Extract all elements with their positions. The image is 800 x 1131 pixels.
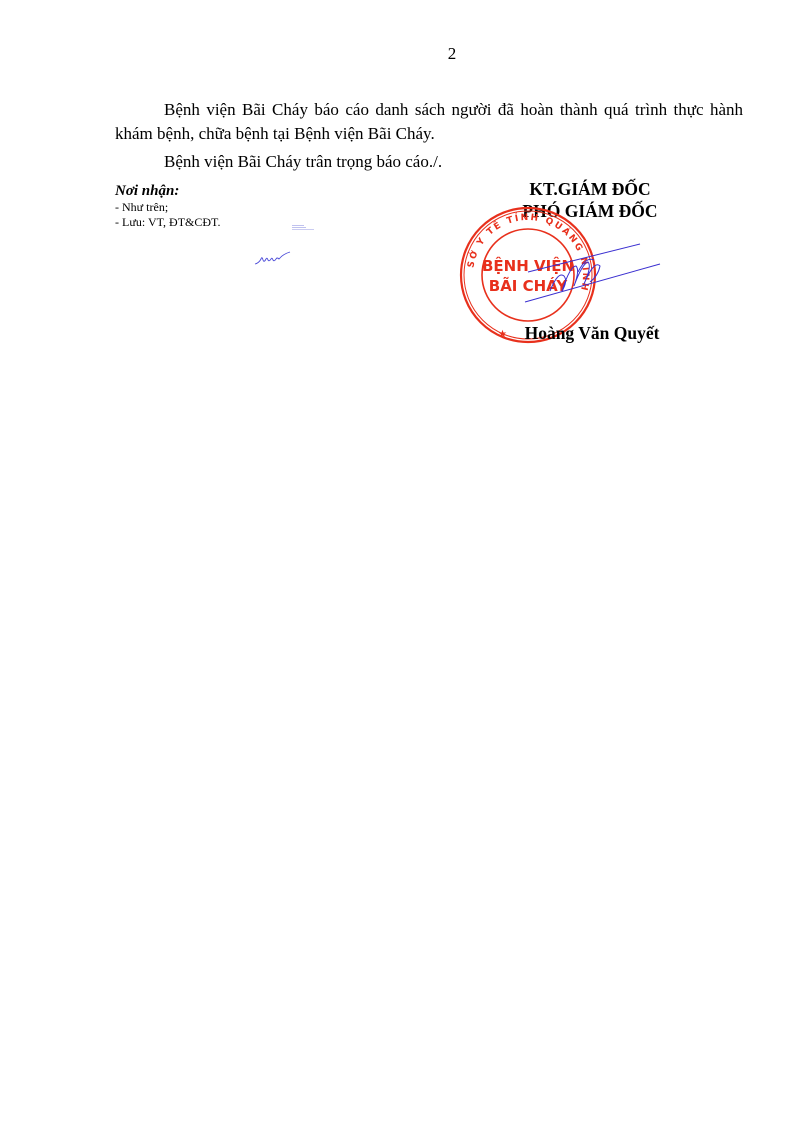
initial-mark-icon xyxy=(292,224,314,232)
handwritten-signature-icon xyxy=(520,236,670,306)
page-number: 2 xyxy=(52,44,800,64)
closing-paragraph: Bệnh viện Bãi Cháy trân trọng báo cáo./. xyxy=(115,150,743,174)
svg-text:★: ★ xyxy=(498,329,507,340)
initial-signature-icon xyxy=(253,249,291,267)
recipients-heading: Nơi nhận: xyxy=(115,182,221,200)
recipient-item: - Lưu: VT, ĐT&CĐT. xyxy=(115,215,221,230)
signer-name: Hoàng Văn Quyết xyxy=(512,322,672,344)
recipient-item: - Như trên; xyxy=(115,200,221,215)
report-paragraph: Bệnh viện Bãi Cháy báo cáo danh sách ngư… xyxy=(115,98,743,146)
recipients-block: Nơi nhận: - Như trên; - Lưu: VT, ĐT&CĐT. xyxy=(115,182,221,230)
signature-title-line1: KT.GIÁM ĐỐC xyxy=(500,178,680,200)
